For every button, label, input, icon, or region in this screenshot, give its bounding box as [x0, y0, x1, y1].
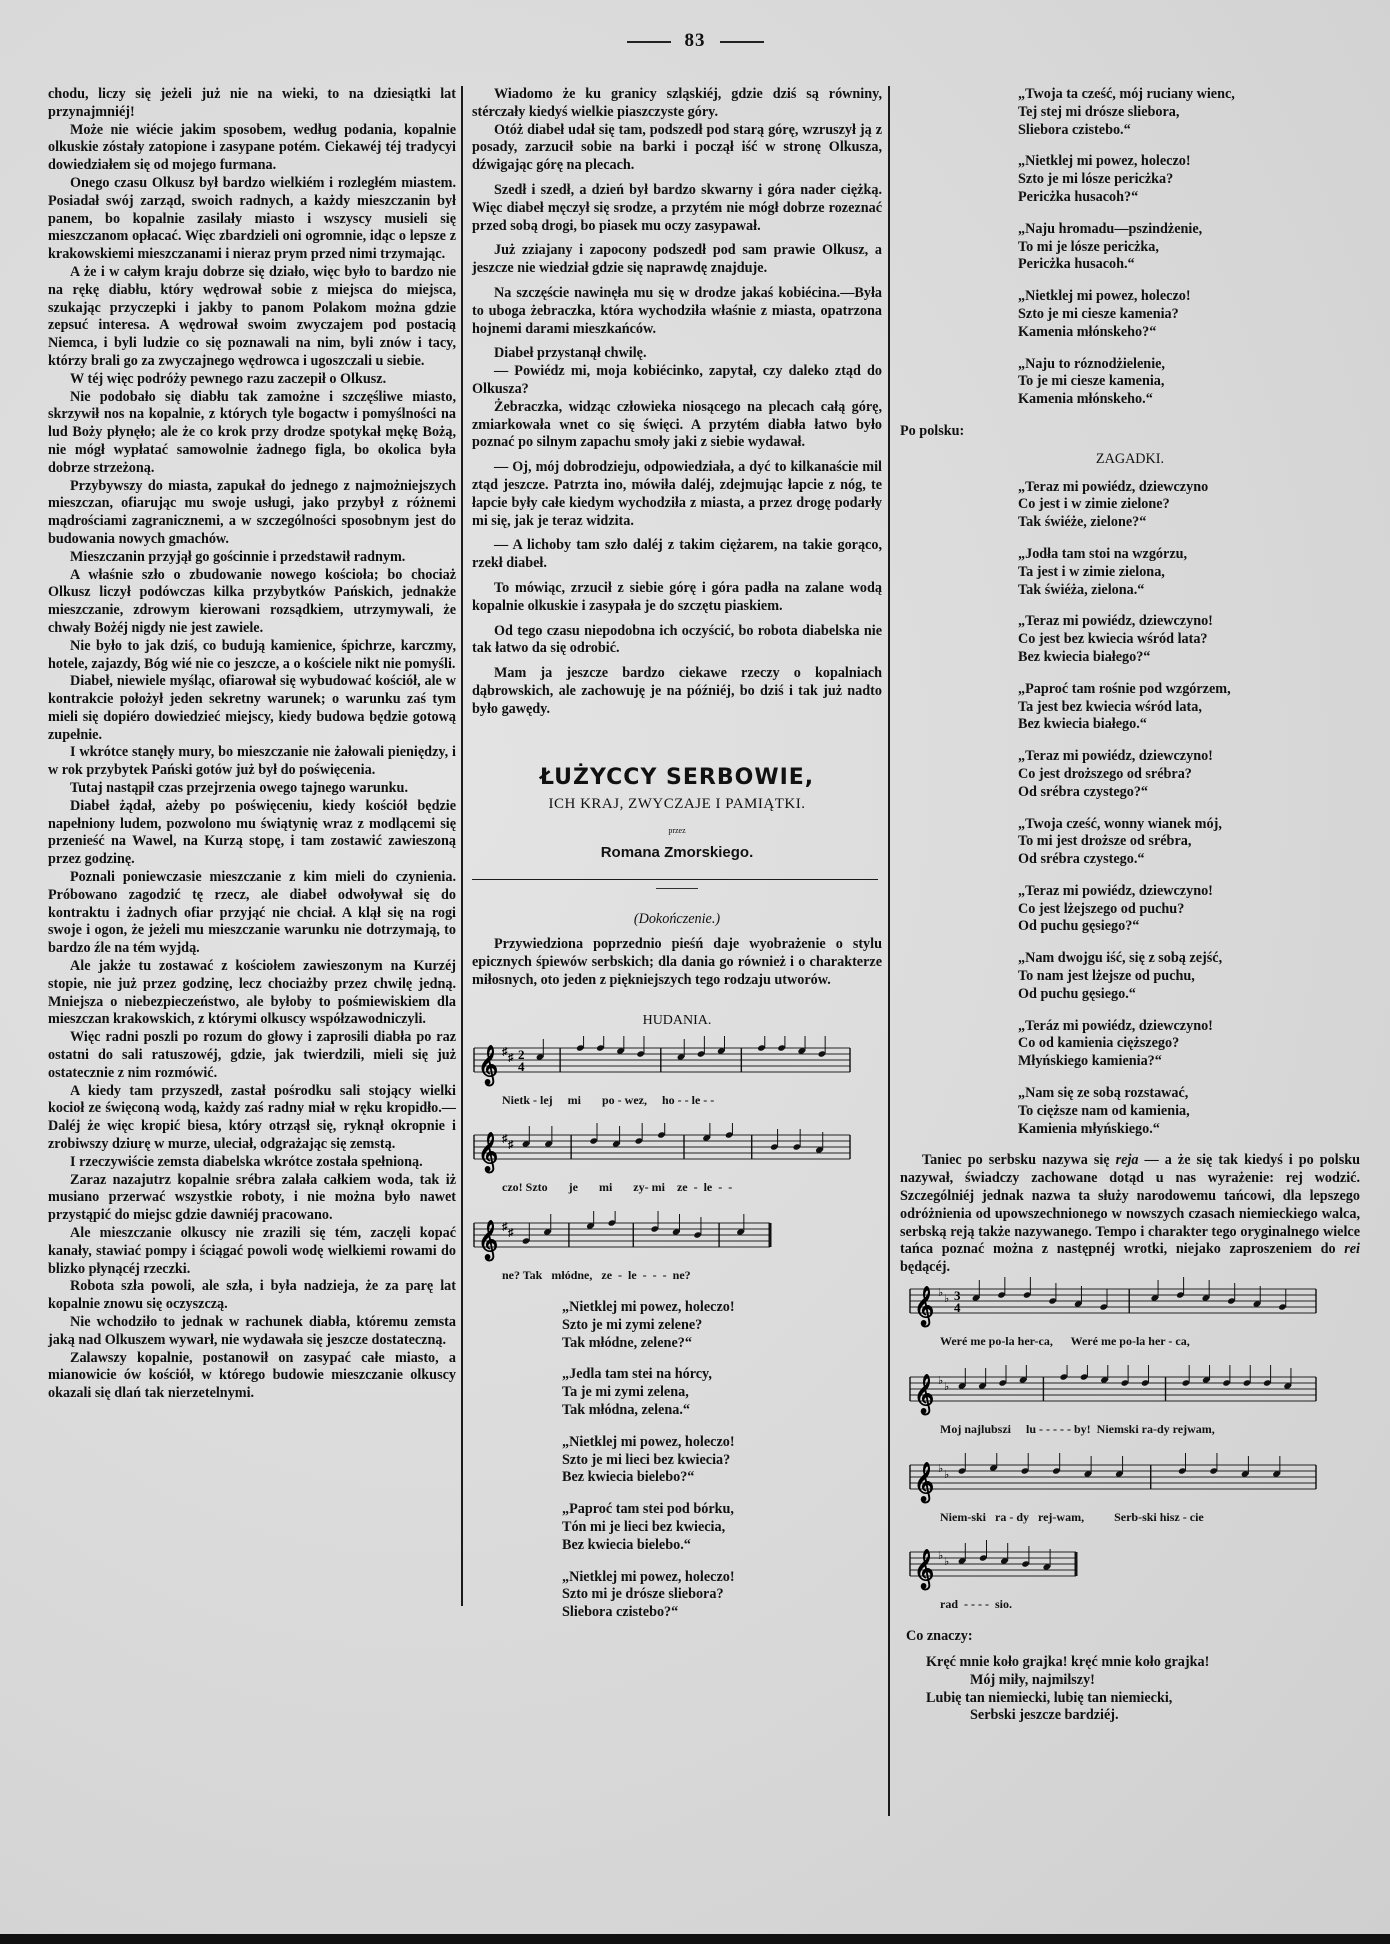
stanza: „Nam dwojgu iść, się z sobą zejść,To nam… [1018, 950, 1360, 1003]
verse-line: Młyńskiego kamienia?“ [1018, 1053, 1360, 1071]
title-divider [656, 888, 698, 889]
verse-line: Bez kwiecia bielebo?“ [562, 1469, 882, 1487]
verse-line: Szto mi je drósze sliebora? [562, 1586, 882, 1604]
verse-line: To mi jest droższe od srébra, [1018, 833, 1360, 851]
verse-line: Tón mi je lieci bez kwiecia, [562, 1519, 882, 1537]
paragraph: Tutaj nastąpił czas przejrzenia owego ta… [48, 780, 456, 798]
paragraph: Już zziajany i zapocony podszedł pod sam… [472, 242, 882, 278]
translation-verse: Kręć mnie koło grajka! kręć mnie koło gr… [926, 1654, 1360, 1725]
verse-line: Tak świéże, zielone?“ [1018, 514, 1360, 532]
right-column: „Twoja ta cześć, mój ruciany wienc,Tej s… [900, 86, 1360, 1725]
stanza: „Teraz mi powiédz, dziewczyno!Co jest be… [1018, 613, 1360, 666]
svg-text:4: 4 [954, 1300, 961, 1315]
svg-text:𝄞: 𝄞 [478, 1132, 498, 1174]
svg-text:𝄞: 𝄞 [914, 1462, 934, 1504]
paragraph: Robota szła powoli, ale szła, i była nad… [48, 1278, 456, 1314]
verse-line: Sliebora czistebo.“ [1018, 122, 1360, 140]
page-number-text: 83 [685, 30, 706, 51]
paragraph: A że i w całym kraju dobrze się działo, … [48, 264, 456, 371]
paragraph: To mówiąc, zrzucił z siebie górę i góra … [472, 580, 882, 616]
verse-line: „Nam dwojgu iść, się z sobą zejść, [1018, 950, 1360, 968]
page-number-dash-left [627, 41, 671, 43]
verse-line: Szto je mi zymi zelene? [562, 1317, 882, 1335]
stanza: „Nietklej mi powez, holeczo!Szto mi je d… [562, 1569, 882, 1622]
verse-line: Szto je mi lósze pericżka? [1018, 171, 1360, 189]
music-staff: 𝄞♭♭34 [908, 1277, 1318, 1329]
paragraph: Przybywszy do miasta, zapukał do jednego… [48, 478, 456, 549]
verse-line: Co jest droższego od srébra? [1018, 766, 1360, 784]
paragraph: — Oj, mój dobrodzieju, odpowiedziała, a … [472, 459, 882, 530]
verse-line: Co jest i w zimie zielone? [1018, 496, 1360, 514]
paragraph: Onego czasu Olkusz był bardzo wielkiém i… [48, 175, 456, 264]
paragraph: Może nie wiécie jakim sposobem, według p… [48, 122, 456, 175]
music-lyrics: Niem-ski ra - dy rej-wam, Serb-ski hisz … [940, 1509, 1360, 1527]
verse-line: Mój miły, najmilszy! [926, 1672, 1360, 1690]
verse-line: Ta je mi zymi zelena, [562, 1384, 882, 1402]
verse-line: „Nietklej mi powez, holeczo! [562, 1569, 882, 1587]
verse-line: Sliebora czistebo?“ [562, 1604, 882, 1622]
paragraph-gap [472, 452, 882, 459]
verse-line: Co jest lżejszego od puchu? [1018, 901, 1360, 919]
verse-line: „Nietklej mi powez, holeczo! [562, 1434, 882, 1452]
stanza: „Jodła tam stoi na wzgórzu,Ta jest i w z… [1018, 546, 1360, 599]
article-author: Romana Zmorskiego. [472, 844, 882, 862]
verse-line: „Paproć tam rośnie pod wzgórzem, [1018, 681, 1360, 699]
svg-text:♭: ♭ [944, 1469, 949, 1481]
verse-line: Tej stej mi drósze sliebora, [1018, 104, 1360, 122]
paragraph: Od tego czasu niepodobna ich oczyścić, b… [472, 623, 882, 659]
svg-text:♭: ♭ [944, 1293, 949, 1305]
stanza: „Twoja cześć, wonny wianek mój,To mi jes… [1018, 816, 1360, 869]
paragraph-gap [472, 235, 882, 242]
column-rule-left [461, 86, 463, 1606]
folk-tale-continuation: Wiadomo że ku granicy szląskiéj, gdzie d… [472, 86, 882, 719]
dance-paragraph: Taniec po serbsku nazywa się reja — a że… [900, 1152, 1360, 1277]
paragraph-gap [472, 573, 882, 580]
verse-line: Od puchu gęsiego.“ [1018, 986, 1360, 1004]
music-staff: 𝄞♯♯ [472, 1123, 852, 1175]
music-lyrics: ne? Tak młódne, ze - le - - - ne? [502, 1267, 882, 1285]
verse-line: „Twoja ta cześć, mój ruciany wienc, [1018, 86, 1360, 104]
verse-line: „Teraz mi powiédz, dziewczyno! [1018, 748, 1360, 766]
middle-column: Wiadomo że ku granicy szląskiéj, gdzie d… [472, 86, 882, 1636]
verse-line: Kamenia młónskeho?“ [1018, 324, 1360, 342]
paragraph: Żebraczka, widząc człowieka niosącego na… [472, 399, 882, 452]
paragraph: Szedł i szedł, a dzień był bardzo skwarn… [472, 182, 882, 235]
verse-line: „Naju hromadu—pszindżenie, [1018, 221, 1360, 239]
music-score-reja: 𝄞♭♭34Weré me po-la her-ca, Weré me po-la… [900, 1277, 1360, 1614]
verse-line: „Teraz mi powiédz, dziewczyno [1018, 479, 1360, 497]
italic-term: reja [1116, 1152, 1139, 1168]
svg-text:♯: ♯ [508, 1052, 514, 1064]
svg-text:𝄞: 𝄞 [478, 1045, 498, 1087]
article-intro: Przywiedziona poprzednio pieśń daje wyob… [472, 936, 882, 989]
svg-text:♭: ♭ [944, 1556, 949, 1568]
verse-line: „Nietklej mi powez, holeczo! [562, 1299, 882, 1317]
verse-line: Szto je mi ciesze kamenia? [1018, 306, 1360, 324]
music-lyrics: Moj najlubszi lu - - - - - by! Niemski r… [940, 1421, 1360, 1439]
svg-text:𝄞: 𝄞 [914, 1286, 934, 1328]
music-staff: 𝄞♭♭ [908, 1540, 1078, 1592]
svg-text:𝄞: 𝄞 [914, 1549, 934, 1591]
page-number-dash-right [720, 41, 764, 43]
paragraph: Diabeł żądał, ażeby po poświęceniu, kied… [48, 798, 456, 869]
music-score-hudania: 𝄞♯♯24Nietk - lej mi po - wez, ho - - le … [472, 1036, 882, 1285]
verse-line: „Nam się ze sobą rozstawać, [1018, 1085, 1360, 1103]
verse-line: „Teráz mi powiédz, dziewczyno! [1018, 1018, 1360, 1036]
paragraph: Poznali poniewczasie mieszczanie z kim m… [48, 869, 456, 958]
verse-line: Od srébra czystego.“ [1018, 851, 1360, 869]
verse-line: „Naju to róznodżielenie, [1018, 356, 1360, 374]
music-lyrics: Nietk - lej mi po - wez, ho - - le - - [502, 1092, 882, 1110]
stanza: „Jedla tam stei na hórcy,Ta je mi zymi z… [562, 1366, 882, 1419]
verse-line: „Nietklej mi powez, holeczo! [1018, 153, 1360, 171]
verse-line: Serbski jeszcze bardziéj. [926, 1707, 1360, 1725]
verse-line: „Jodła tam stoi na wzgórzu, [1018, 546, 1360, 564]
paragraph: Zaraz nazajutrz kopalnie srébra zalała c… [48, 1172, 456, 1225]
svg-text:♭: ♭ [938, 1550, 943, 1562]
verse-line: Ta jest i w zimie zielona, [1018, 564, 1360, 582]
paragraph-gap [472, 616, 882, 623]
verse-line: To mi je lósze pericżka, [1018, 239, 1360, 257]
verse-line: „Teraz mi powiédz, dziewczyno! [1018, 613, 1360, 631]
paragraph: Na szczęście nawinęła mu się w drodze ja… [472, 285, 882, 338]
article-title: ŁUŻYCCY SERBOWIE, [472, 769, 882, 787]
page-number: 83 [0, 30, 1390, 52]
paragraph-gap [472, 338, 882, 345]
verse-line: Pericżka husacoh.“ [1018, 256, 1360, 274]
verse-line: Bez kwiecia białego?“ [1018, 649, 1360, 667]
paragraph: — Powiédz mi, moja kobiécinko, zapytał, … [472, 363, 882, 399]
paragraph: A właśnie szło o zbudowanie nowego kości… [48, 567, 456, 638]
paragraph: Otóż diabeł udał się tam, podszedł pod s… [472, 122, 882, 175]
stanza: „Paproć tam stei pod bórku,Tón mi je lie… [562, 1501, 882, 1554]
paragraph: Ale mieszczanie olkuscy nie zrazili się … [48, 1225, 456, 1278]
zagadki-verses: „Teraz mi powiédz, dziewczynoCo jest i w… [1018, 479, 1360, 1139]
verse-line: „Jedla tam stei na hórcy, [562, 1366, 882, 1384]
stanza: „Teraz mi powiédz, dziewczynoCo jest i w… [1018, 479, 1360, 532]
paragraph: Więc radni poszli po rozum do głowy i za… [48, 1029, 456, 1082]
stanza: „Teraz mi powiédz, dziewczyno!Co jest lż… [1018, 883, 1360, 936]
music-staff: 𝄞♯♯24 [472, 1036, 852, 1088]
stanza: „Nietklej mi powez, holeczo!Szto je mi l… [1018, 153, 1360, 206]
paragraph: Ale jakże tu zostawać z kościołem zawies… [48, 958, 456, 1029]
italic-term: rei [1344, 1241, 1360, 1257]
stanza: „Nietklej mi powez, holeczo!Szto je mi c… [1018, 288, 1360, 341]
paragraph: Zalawszy kopalnie, postanowił on zasypać… [48, 1350, 456, 1403]
paragraph: A kiedy tam przyszedł, zastał pośrodku s… [48, 1083, 456, 1154]
verse-line: Bez kwiecia bielebo.“ [562, 1537, 882, 1555]
paragraph: Mieszczanin przyjął go gościnnie i przed… [48, 549, 456, 567]
stanza: „Nietklej mi powez, holeczo!Szto je mi z… [562, 1299, 882, 1352]
stanza: „Naju hromadu—pszindżenie,To mi je lósze… [1018, 221, 1360, 274]
verse-line: Tak młódna, zelena.“ [562, 1402, 882, 1420]
stanza: „Paproć tam rośnie pod wzgórzem,Ta jest … [1018, 681, 1360, 734]
svg-text:♭: ♭ [938, 1463, 943, 1475]
paragraph-gap [472, 658, 882, 665]
svg-text:𝄞: 𝄞 [914, 1374, 934, 1416]
verse-line: „Twoja cześć, wonny wianek mój, [1018, 816, 1360, 834]
svg-text:♯: ♯ [508, 1227, 514, 1239]
verse-line: Ta jest bez kwiecia wśród lata, [1018, 699, 1360, 717]
paragraph: Nie wchodziło to jednak w rachunek diabł… [48, 1314, 456, 1350]
left-column: chodu, liczy się jeżeli już nie na wieki… [48, 86, 456, 1403]
stanza: „Teráz mi powiédz, dziewczyno!Co od kami… [1018, 1018, 1360, 1071]
paragraph: chodu, liczy się jeżeli już nie na wieki… [48, 86, 456, 122]
music-lyrics: czo! Szto je mi zy- mi ze - le - - [502, 1179, 882, 1197]
paragraph: Wiadomo że ku granicy szląskiéj, gdzie d… [472, 86, 882, 122]
paragraph-gap [472, 278, 882, 285]
verse-line: „Teraz mi powiédz, dziewczyno! [1018, 883, 1360, 901]
svg-text:♭: ♭ [938, 1287, 943, 1299]
music-staff: 𝄞♭♭ [908, 1365, 1318, 1417]
paragraph: I rzeczywiście zemsta diabelska wkrótce … [48, 1154, 456, 1172]
co-znaczy-label: Co znaczy: [906, 1628, 1360, 1646]
po-polsku-label: Po polsku: [900, 423, 1360, 441]
article-header: ŁUŻYCCY SERBOWIE, ICH KRAJ, ZWYCZAJE I P… [472, 769, 882, 889]
svg-text:♯: ♯ [508, 1139, 514, 1151]
column-rule-right-top [888, 86, 890, 1816]
verse-line: Kamenia młónskeho.“ [1018, 391, 1360, 409]
verse-line: Tak młódne, zelene?“ [562, 1335, 882, 1353]
article-subtitle: ICH KRAJ, ZWYCZAJE I PAMIĄTKI. [472, 796, 882, 814]
svg-text:♭: ♭ [938, 1375, 943, 1387]
verse-line: Od puchu gęsiego?“ [1018, 918, 1360, 936]
music-lyrics: rad - - - - sio. [940, 1596, 1360, 1614]
page-bottom-edge [0, 1934, 1390, 1944]
music-staff: 𝄞♯♯ [472, 1211, 772, 1263]
svg-text:♭: ♭ [944, 1381, 949, 1393]
paragraph: Mam ja jeszcze bardzo ciekawe rzeczy o k… [472, 665, 882, 718]
paragraph: — A lichoby tam szło daléj z takim cięża… [472, 537, 882, 573]
verse-line: To cięższe nam od kamienia, [1018, 1103, 1360, 1121]
paragraph-gap [472, 175, 882, 182]
music-staff: 𝄞♭♭ [908, 1453, 1318, 1505]
paragraph-gap [472, 530, 882, 537]
verse-line: Od srébra czystego?“ [1018, 784, 1360, 802]
stanza: „Nietklej mi powez, holeczo!Szto je mi l… [562, 1434, 882, 1487]
verse-line: Kręć mnie koło grajka! kręć mnie koło gr… [926, 1654, 1360, 1672]
paragraph: Nie podobało się diabłu tak zamożne i sz… [48, 389, 456, 478]
stanza: „Teraz mi powiédz, dziewczyno!Co jest dr… [1018, 748, 1360, 801]
verse-line: Szto je mi lieci bez kwiecia? [562, 1452, 882, 1470]
zagadki-title: ZAGADKI. [900, 451, 1360, 469]
stanza: „Twoja ta cześć, mój ruciany wienc,Tej s… [1018, 86, 1360, 139]
paragraph: Nie było to jak dziś, co budują kamienic… [48, 638, 456, 674]
svg-text:4: 4 [518, 1059, 525, 1074]
song-lyrics-hudania: „Nietklej mi powez, holeczo!Szto je mi z… [562, 1299, 882, 1622]
svg-text:𝄞: 𝄞 [478, 1220, 498, 1262]
stanza: „Nam się ze sobą rozstawać,To cięższe na… [1018, 1085, 1360, 1138]
song-title: HUDANIA. [472, 1012, 882, 1030]
paragraph: I wkrótce stanęły mury, bo mieszczanie n… [48, 744, 456, 780]
verse-line: To je mi ciesze kamenia, [1018, 373, 1360, 391]
verse-line: Kamienia młyńskiego.“ [1018, 1121, 1360, 1139]
article-by: przez [472, 822, 882, 840]
verse-line: Co jest bez kwiecia wśród lata? [1018, 631, 1360, 649]
verse-line: Pericżka husacoh?“ [1018, 189, 1360, 207]
verse-line: Bez kwiecia białego.“ [1018, 716, 1360, 734]
music-lyrics: Weré me po-la her-ca, Weré me po-la her … [940, 1333, 1360, 1351]
continuation-note: (Dokończenie.) [472, 911, 882, 929]
verse-line: „Paproć tam stei pod bórku, [562, 1501, 882, 1519]
verse-line: Lubię tan niemiecki, lubię tan niemiecki… [926, 1690, 1360, 1708]
song-lyrics-continued: „Twoja ta cześć, mój ruciany wienc,Tej s… [1018, 86, 1360, 409]
paragraph: Diabeł, niewiele myśląc, ofiarował się w… [48, 673, 456, 744]
verse-line: „Nietklej mi powez, holeczo! [1018, 288, 1360, 306]
paragraph: Diabeł przystanął chwilę. [472, 345, 882, 363]
paragraph: W téj więc podróży pewnego razu zaczepił… [48, 371, 456, 389]
verse-line: To nam jest lżejsze od puchu, [1018, 968, 1360, 986]
stanza: „Naju to róznodżielenie,To je mi ciesze … [1018, 356, 1360, 409]
verse-line: Co od kamienia cięższego? [1018, 1035, 1360, 1053]
verse-line: Tak świéża, zielona.“ [1018, 582, 1360, 600]
